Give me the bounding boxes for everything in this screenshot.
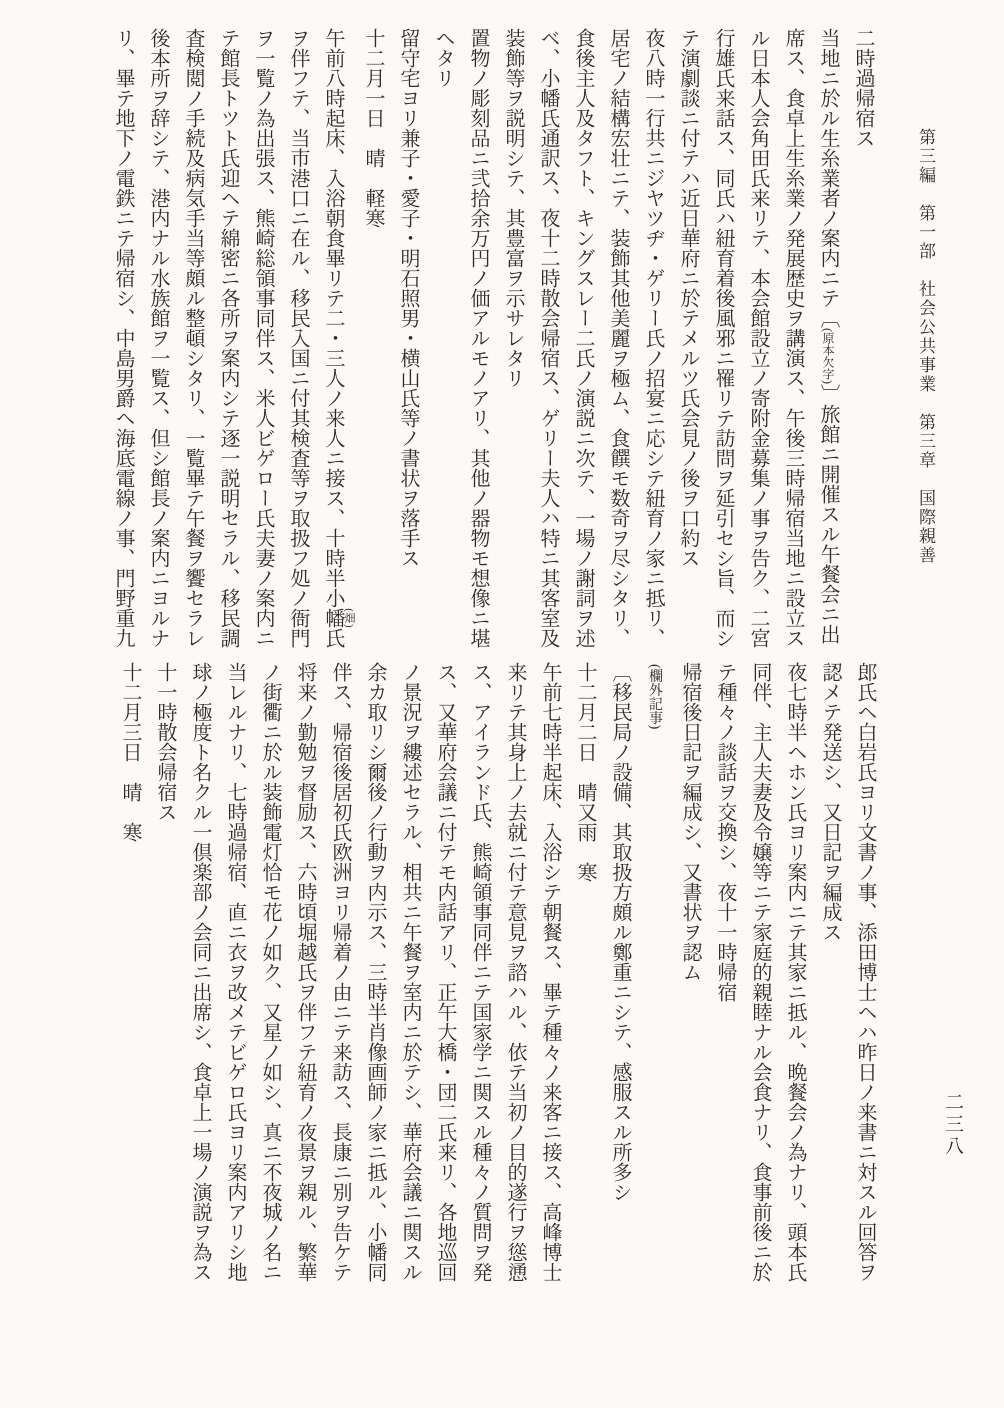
text-run: 当レルナリ、七時過帰宿、直ニ衣ヲ改メテビゲロ氏ヨリ案内アリシ地	[224, 662, 246, 1282]
text-run: (欄外記事)	[647, 664, 662, 729]
text-column: 行雄氏来話ス、同氏ハ紐育着後風邪ニ罹リテ訪問ヲ延引セシ旨、而シ	[705, 28, 740, 648]
text-column: 装飾等ヲ説明シテ、其豊富ヲ示サレタリ	[495, 28, 530, 648]
running-head: 第三編 第一部 社会公共事業 第三章 国際親善	[913, 128, 938, 648]
diary-text-block-top: 二時過帰宿ス当地ニ於ル生糸業者ノ案内ニテ〔(原本欠字)〕旅館ニ開催スル午餐会ニ出…	[105, 28, 880, 648]
text-run: テ館長トツト氏迎ヘテ綿密ニ各所ヲ案内シテ逐一説明セラル、移民調	[217, 28, 239, 648]
text-column: テ演劇談ニ付テハ近日華府ニ於テメルツ氏会見ノ後ヲ口約ス	[670, 28, 705, 648]
text-run: 帰宿後日記ヲ編成シ、又書状ヲ認ム	[679, 662, 701, 982]
text-run: 夜七時半ヘホン氏ヨリ案内ニテ其家ニ抵ル、晩餐会ノ為ナリ、頭本氏	[784, 662, 806, 1282]
text-column: 同伴、主人夫妻及令嬢等ニテ家庭的親睦ナル会食ナリ、食事前後ニ於	[742, 662, 777, 1306]
text-column: テ種々ノ談話ヲ交換シ、夜十一時帰宿	[707, 662, 742, 1306]
text-column: ヲ一覧ノ為出張ス、熊崎総領事同伴ス、米人ビゲロー氏夫妻ノ案内ニ	[245, 28, 280, 648]
text-run: 同伴、主人夫妻及令嬢等ニテ家庭的親睦ナル会食ナリ、食事前後ニ於	[749, 662, 771, 1282]
text-column: 午前七時半起床、入浴シテ朝餐ス、畢テ種々ノ来客ニ接ス、高峰博士	[532, 662, 567, 1306]
text-column: 夜八時一行共ニジヤツヂ・ゲリー氏ノ招宴ニ応シテ紐育ノ家ニ抵リ、	[635, 28, 670, 648]
ruby-annotated-char: 幡(畑)	[322, 608, 344, 628]
text-run: ノ景況ヲ縷述セラル、相共ニ午餐ヲ室内ニ於テシ、華府会議ニ関スル	[399, 662, 421, 1282]
text-column: ベ、小幡氏通訳ス、夜十二時散会帰宿ス、ゲリー夫人ハ特ニ其客室及	[530, 28, 565, 648]
text-run: 十一時散会帰宿ス	[154, 662, 176, 822]
text-run: 置物ノ彫刻品ニ弐拾余万円ノ価アルモノアリ、其他ノ器物モ想像ニ堪	[467, 28, 489, 648]
text-run: 伴ス、帰宿後居初氏欧洲ヨリ帰着ノ由ニテ来訪ス、長康ニ別ヲ告ケテ	[329, 662, 351, 1282]
text-column: ス、アイランド氏、熊崎領事同伴ニテ国家学ニ関スル種々ノ質問ヲ発	[462, 662, 497, 1306]
text-run: 十二月三日 晴 寒	[119, 662, 141, 842]
text-column: 十二月二日 晴又雨 寒	[567, 662, 602, 1306]
text-run: ベ、小幡氏通訳ス、夜十二時散会帰宿ス、ゲリー夫人ハ特ニ其客室及	[537, 28, 559, 648]
text-run: 十二月一日 晴 軽寒	[362, 28, 384, 228]
text-run: 当地ニ於ル生糸業者ノ案内ニテ〔	[817, 28, 839, 328]
text-column: 席ス、食卓上生糸業ノ発展歴史ヲ講演ス、午後三時帰宿当地ニ設立ス	[775, 28, 810, 648]
text-column: ル日本人会角田氏来リテ、本会館設立ノ寄附金募集ノ事ヲ告ク、二宮	[740, 28, 775, 648]
text-run: 郎氏ヘ白岩氏ヨリ文書ノ事、添田博士ヘハ昨日ノ来書ニ対スル回答ヲ	[854, 662, 876, 1282]
text-column: ヲ伴フテ、当市港口ニ在ル、移民入国ニ付其検査等ヲ取扱フ処ノ衙門	[280, 28, 315, 648]
text-column: 当レルナリ、七時過帰宿、直ニ衣ヲ改メテビゲロ氏ヨリ案内アリシ地	[217, 662, 252, 1306]
text-run: 将来ノ勤勉ヲ督励ス、六時頃堀越氏ヲ伴フテ紐育ノ夜景ヲ親ル、繁華	[294, 662, 316, 1282]
text-column: 置物ノ彫刻品ニ弐拾余万円ノ価アルモノアリ、其他ノ器物モ想像ニ堪	[460, 28, 495, 648]
text-run: 午前八時起床、入浴朝食畢リテ二・三人ノ来人ニ接ス、十時半小	[322, 28, 344, 608]
text-column: テ館長トツト氏迎ヘテ綿密ニ各所ヲ案内シテ逐一説明セラル、移民調	[210, 28, 245, 648]
text-column: 留守宅ヨリ兼子・愛子・明石照男・横山氏等ノ書状ヲ落手ス	[390, 28, 425, 648]
text-run: 後本所ヲ辞シテ、港内ナル水族館ヲ一覧ス、但シ館長ノ案内ニヨルナ	[147, 28, 169, 648]
text-column: 〔移民局ノ設備、其取扱方頗ル鄭重ニシテ、感服スル所多シ	[602, 662, 637, 1306]
text-column: 将来ノ勤勉ヲ督励ス、六時頃堀越氏ヲ伴フテ紐育ノ夜景ヲ親ル、繁華	[287, 662, 322, 1306]
text-column: 認メテ発送シ、又日記ヲ編成ス	[812, 662, 847, 1306]
text-run: 〔移民局ノ設備、其取扱方頗ル鄭重ニシテ、感服スル所多シ	[609, 662, 631, 1202]
text-run: 球ノ極度ト名クル一倶楽部ノ会同ニ出席シ、食卓上一場ノ演説ヲ為ス	[189, 662, 211, 1282]
text-run: 留守宅ヨリ兼子・愛子・明石照男・横山氏等ノ書状ヲ落手ス	[397, 28, 419, 568]
text-run: 夜八時一行共ニジヤツヂ・ゲリー氏ノ招宴ニ応シテ紐育ノ家ニ抵リ、	[642, 28, 664, 648]
text-run: テ種々ノ談話ヲ交換シ、夜十一時帰宿	[714, 662, 736, 1002]
text-column: 午前八時起床、入浴朝食畢リテ二・三人ノ来人ニ接ス、十時半小幡(畑)氏	[315, 28, 355, 648]
text-run: ス、アイランド氏、熊崎領事同伴ニテ国家学ニ関スル種々ノ質問ヲ発	[469, 662, 491, 1282]
text-column: ノ景況ヲ縷述セラル、相共ニ午餐ヲ室内ニ於テシ、華府会議ニ関スル	[392, 662, 427, 1306]
text-column: リ、畢テ地下ノ電鉄ニテ帰宿シ、中島男爵ヘ海底電線ノ事、門野重九	[105, 28, 140, 648]
text-column: 二時過帰宿ス	[845, 28, 880, 648]
text-run: 居宅ノ結構宏壮ニテ、装飾其他美麗ヲ極ム、食饌モ数奇ヲ尽シタリ、	[607, 28, 629, 648]
text-column: 郎氏ヘ白岩氏ヨリ文書ノ事、添田博士ヘハ昨日ノ来書ニ対スル回答ヲ	[847, 662, 882, 1306]
inline-editorial-note: (原本欠字)	[821, 328, 835, 384]
page-number: 二三八	[939, 1092, 966, 1158]
text-run: 〕旅館ニ開催スル午餐会ニ出	[817, 384, 839, 644]
text-column: 来リテ其身上ノ去就ニ付テ意見ヲ諮ハル、依テ当初ノ目的遂行ヲ慫慂	[497, 662, 532, 1306]
text-column: 十一時散会帰宿ス	[147, 662, 182, 1306]
text-column: 球ノ極度ト名クル一倶楽部ノ会同ニ出席シ、食卓上一場ノ演説ヲ為ス	[182, 662, 217, 1306]
text-run: 装飾等ヲ説明シテ、其豊富ヲ示サレタリ	[502, 28, 524, 388]
text-column: 余カ取リシ爾後ノ行動ヲ内示ス、三時半肖像画師ノ家ニ抵ル、小幡同	[357, 662, 392, 1306]
text-column: 居宅ノ結構宏壮ニテ、装飾其他美麗ヲ極ム、食饌モ数奇ヲ尽シタリ、	[600, 28, 635, 648]
text-column: 査検閲ノ手続及病気手当等頗ル整頓シタリ、一覧畢テ午餐ヲ饗セラレ	[175, 28, 210, 648]
text-run: ノ街衢ニ於ル装飾電灯恰モ花ノ如ク、又星ノ如シ、真ニ不夜城ノ名ニ	[259, 662, 281, 1282]
text-column: ス、又華府会議ニ付テモ内話アリ、正午大橋・団二氏来リ、各地巡回	[427, 662, 462, 1306]
text-run: ル日本人会角田氏来リテ、本会館設立ノ寄附金募集ノ事ヲ告ク、二宮	[747, 28, 769, 648]
text-column: 後本所ヲ辞シテ、港内ナル水族館ヲ一覧ス、但シ館長ノ案内ニヨルナ	[140, 28, 175, 648]
text-column: ノ街衢ニ於ル装飾電灯恰モ花ノ如ク、又星ノ如シ、真ニ不夜城ノ名ニ	[252, 662, 287, 1306]
text-run: ス、又華府会議ニ付テモ内話アリ、正午大橋・団二氏来リ、各地巡回	[434, 662, 456, 1282]
text-run: テ演劇談ニ付テハ近日華府ニ於テメルツ氏会見ノ後ヲ口約ス	[677, 28, 699, 568]
text-column: 伴ス、帰宿後居初氏欧洲ヨリ帰着ノ由ニテ来訪ス、長康ニ別ヲ告ケテ	[322, 662, 357, 1306]
text-run: リ、畢テ地下ノ電鉄ニテ帰宿シ、中島男爵ヘ海底電線ノ事、門野重九	[112, 28, 134, 648]
text-run: 余カ取リシ爾後ノ行動ヲ内示ス、三時半肖像画師ノ家ニ抵ル、小幡同	[364, 662, 386, 1282]
diary-text-block-bottom: 郎氏ヘ白岩氏ヨリ文書ノ事、添田博士ヘハ昨日ノ来書ニ対スル回答ヲ認メテ発送シ、又日…	[112, 662, 882, 1306]
text-column: 夜七時半ヘホン氏ヨリ案内ニテ其家ニ抵ル、晩餐会ノ為ナリ、頭本氏	[777, 662, 812, 1306]
text-run: 席ス、食卓上生糸業ノ発展歴史ヲ講演ス、午後三時帰宿当地ニ設立ス	[782, 28, 804, 648]
text-run: 十二月二日 晴又雨 寒	[574, 662, 596, 882]
text-run: 査検閲ノ手続及病気手当等頗ル整頓シタリ、一覧畢テ午餐ヲ饗セラレ	[182, 28, 204, 648]
text-run: 行雄氏来話ス、同氏ハ紐育着後風邪ニ罹リテ訪問ヲ延引セシ旨、而シ	[712, 28, 734, 648]
text-run: 食後主人及タフト、キングスレー二氏ノ演説ニ次テ、一場ノ謝詞ヲ述	[572, 28, 594, 648]
text-run: 二時過帰宿ス	[852, 28, 874, 148]
text-column: 食後主人及タフト、キングスレー二氏ノ演説ニ次テ、一場ノ謝詞ヲ述	[565, 28, 600, 648]
text-column: (欄外記事)	[637, 662, 672, 1308]
text-column: 十二月一日 晴 軽寒	[355, 28, 390, 648]
text-column: 帰宿後日記ヲ編成シ、又書状ヲ認ム	[672, 662, 707, 1306]
text-column: 十二月三日 晴 寒	[112, 662, 147, 1306]
text-run: 認メテ発送シ、又日記ヲ編成ス	[819, 662, 841, 942]
text-run: ヲ伴フテ、当市港口ニ在ル、移民入国ニ付其検査等ヲ取扱フ処ノ衙門	[287, 28, 309, 648]
text-run: 氏	[322, 628, 344, 648]
text-run: 来リテ其身上ノ去就ニ付テ意見ヲ諮ハル、依テ当初ノ目的遂行ヲ慫慂	[504, 662, 526, 1282]
text-column: 当地ニ於ル生糸業者ノ案内ニテ〔(原本欠字)〕旅館ニ開催スル午餐会ニ出	[810, 28, 845, 648]
text-run: 午前七時半起床、入浴シテ朝餐ス、畢テ種々ノ来客ニ接ス、高峰博士	[539, 662, 561, 1282]
text-run: ヘタリ	[432, 28, 454, 88]
book-page: 第三編 第一部 社会公共事業 第三章 国際親善 二三八 二時過帰宿ス当地ニ於ル生…	[0, 0, 1004, 1408]
text-column: ヘタリ	[425, 28, 460, 648]
text-run: ヲ一覧ノ為出張ス、熊崎総領事同伴ス、米人ビゲロー氏夫妻ノ案内ニ	[252, 28, 274, 648]
